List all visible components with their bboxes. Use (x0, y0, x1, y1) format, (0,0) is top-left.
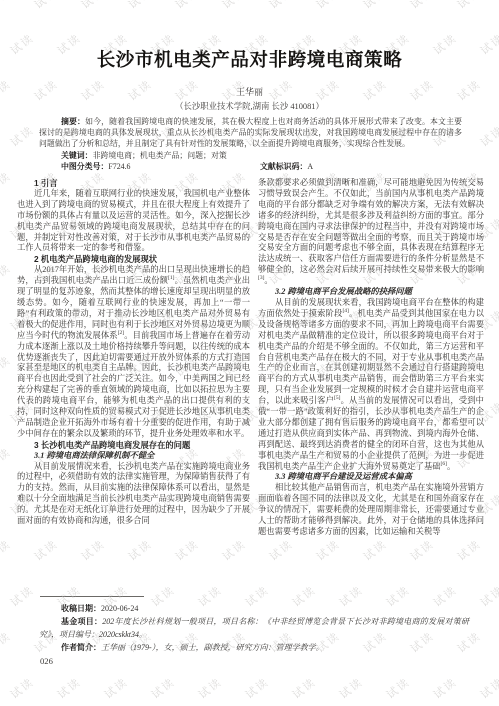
footnotes-block: 收稿日期：2020-06-24 基金项目：202年度长沙社科规划一般项目，项目名… (39, 602, 469, 654)
section-heading: 2 机电类产品跨境电商的发展现状 (17, 254, 250, 265)
clc-label: 中图分类号： (61, 162, 108, 171)
keywords: 关键词：非跨境电商；机电类产品；问题；对策 (39, 150, 462, 161)
abstract-label: 摘要： (61, 117, 85, 126)
fund-project-value: 202年度长沙社科规划一般项目，项目名称：《中非经贸博览会背景下长沙对非跨境电商… (39, 617, 469, 639)
paragraph: 条款都要求必须做到清晰和准确，尽可能地避免因为传统交易习惯导致误会产生。不仅如此… (258, 178, 484, 287)
received-date-line: 收稿日期：2020-06-24 (39, 602, 469, 615)
fund-project-line: 基金项目：202年度长沙社科规划一般项目，项目名称：《中非经贸博览会背景下长沙对… (39, 615, 469, 641)
page-number: 026 (40, 656, 53, 666)
section-heading: 1 引言 (17, 178, 250, 189)
clc-value: F724.6 (108, 162, 130, 171)
clc-number: 中图分类号：F724.6 (61, 162, 131, 171)
paragraph: 从2017年开始，长沙机电类产品的出口呈现出快速增长的趋势，占到我国机电类产品出… (17, 265, 250, 440)
document-code: 文献标识码：A (260, 161, 313, 172)
section-heading: 3 长沙机电类产品跨境电商发展存在的问题 (17, 440, 250, 451)
body-column-right: 条款都要求必须做到清晰和准确，尽可能地避免因为传统交易习惯导致误会产生。不仅如此… (258, 178, 484, 592)
keywords-label: 关键词： (61, 151, 93, 160)
abstract: 摘要：如今，随着我国跨境电商的快速发展，其在极大程度上也对商务活动的具体开展形式… (39, 116, 462, 150)
meta-block: 摘要：如今，随着我国跨境电商的快速发展，其在极大程度上也对商务活动的具体开展形式… (39, 116, 462, 172)
doc-code-label: 文献标识码： (260, 162, 307, 171)
fund-project-label: 基金项目： (61, 617, 102, 626)
paragraph: 从目前发展情况来看，长沙机电类产品在实施跨境电商业务的过程中，必须借助有效的法律… (17, 462, 250, 527)
footnote-separator (40, 596, 144, 597)
classification-row: 中图分类号：F724.6 文献标识码：A (39, 161, 462, 172)
section-heading: 3.1 跨境电商法律保障机制不健全 (17, 451, 250, 462)
author-bio-line: 作者简介：王华丽（1979-），女，硕士，副教授，研究方向：管理学教学。 (39, 641, 469, 654)
paper-title: 长沙市机电类产品对非跨境电商策略 (0, 46, 499, 72)
author-name: 王华丽 (0, 85, 499, 98)
paragraph: 从目前的发展现状来看，我国跨境电商平台在整体的构建方面依然处于摸索阶段[4]。机… (258, 298, 484, 473)
received-date-value: 2020-06-24 (101, 604, 138, 613)
author-bio-label: 作者简介： (61, 643, 101, 652)
doc-code-value: A (307, 162, 313, 171)
section-heading: 3.3 跨境电商平台建设及运营成本偏高 (258, 472, 484, 483)
abstract-text: 如今，随着我国跨境电商的快速发展，其在极大程度上也对商务活动的具体开展形式带来了… (39, 117, 462, 148)
author-affiliation: （长沙职业技术学院,湖南 长沙 410081） (0, 100, 499, 112)
section-heading: 3.2 跨境电商平台发展战略的抉择问题 (258, 287, 484, 298)
author-bio-value: 王华丽（1979-），女，硕士，副教授，研究方向：管理学教学。 (101, 643, 324, 652)
received-date-label: 收稿日期： (61, 604, 101, 613)
keywords-text: 非跨境电商；机电类产品；问题；对策 (93, 151, 227, 160)
paragraph: 相比较其他产品销售而言，机电类产品在实施境外营销方面面临着各国不同的法律以及文化… (258, 483, 484, 538)
body-column-left: 1 引言近几年来，随着互联网行业的快速发展，我国机电产业整体也进入到了跨境电商的… (17, 178, 250, 592)
paragraph: 近几年来，随着互联网行业的快速发展，我国机电产业整体也进入到了跨境电商的贸易模式… (17, 189, 250, 254)
journal-page: 长沙市机电类产品对非跨境电商策略 王华丽 （长沙职业技术学院,湖南 长沙 410… (0, 0, 499, 706)
